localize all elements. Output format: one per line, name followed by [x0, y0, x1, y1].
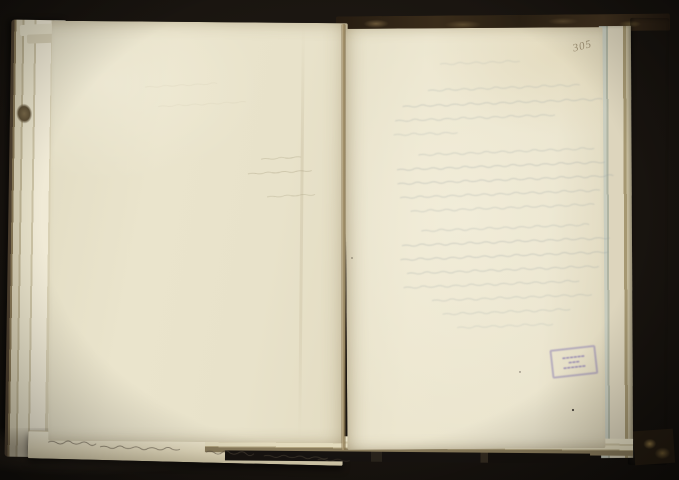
right-page: 305 ▬▬▬▬▬▬ ▬▬▬ ▬▬▬▬▬▬ [345, 27, 606, 450]
archive-stamp: ▬▬▬▬▬▬ ▬▬▬ ▬▬▬▬▬▬ [549, 345, 598, 379]
open-register-photo: 305 ▬▬▬▬▬▬ ▬▬▬ ▬▬▬▬▬▬ [0, 0, 679, 480]
gutter-fold [341, 24, 346, 450]
folio-number: 305 [571, 38, 593, 54]
archive-stamp-line: ▬▬▬▬▬▬ [563, 364, 586, 371]
book-cover-bottom-right-corner [633, 429, 675, 466]
book-cover-marbled-right [628, 18, 669, 465]
